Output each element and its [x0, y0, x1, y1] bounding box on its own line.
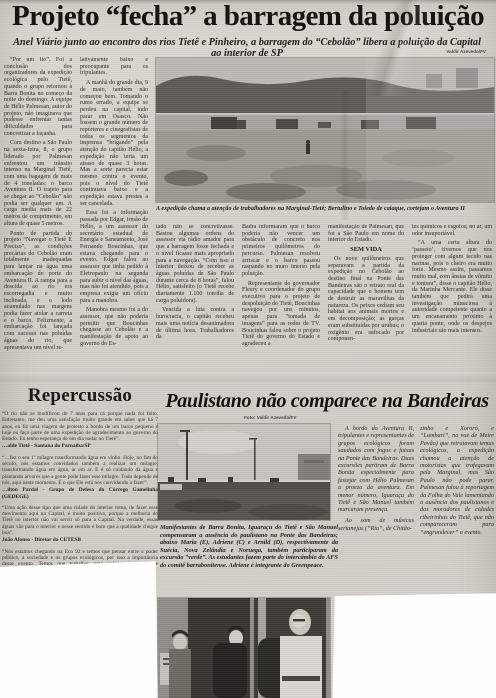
repercussao-heading: Repercussão — [0, 386, 160, 406]
quote-author: Delmar Matos - Secret. Munic. de Vias Pú… — [2, 575, 158, 581]
bandeiras-caption: Manifestantes de Barra Bonita, Iguaraçu … — [160, 524, 338, 570]
quote-block: “O rio não se modificou de 7 anos para c… — [2, 411, 158, 450]
main-photo-caption: A expedição chama a atenção de trabalhad… — [156, 205, 494, 213]
article-paragraph: Com destino a São Paulo na sexta-feira, … — [4, 140, 72, 227]
quote-block: “…fez o seu 1º milagre transformando águ… — [2, 455, 158, 500]
article-paragraph: Essa foi a informação passada por Edgar,… — [80, 210, 148, 304]
bandeiras-column-2: zinho e Xororó, e “Lambari”, na voz de M… — [420, 425, 494, 587]
article-column-2: lativamente baixo e preocupante para os … — [80, 57, 148, 389]
article-paragraph: Manobra mesmo foi a do assessor, que não… — [80, 307, 148, 347]
article-paragraph: lativamente baixo e preocupante para os … — [80, 57, 148, 77]
marginal-tiete-photo — [156, 58, 494, 202]
article-column-3: tado não se concretizasse. Bastou alguma… — [156, 224, 234, 390]
article-column-1: “Por um fio”. Foi a conclusão dos organi… — [4, 57, 72, 389]
photo-credit: Valdir Azevedo/FV — [446, 50, 486, 55]
bridge-scene-illustration — [158, 424, 330, 520]
riverbank-scene-illustration — [156, 58, 494, 202]
article-paragraph: A bordo do Aventura II, tripulantes e re… — [338, 425, 414, 514]
quote-text: “…fez o seu 1º milagre transformando águ… — [2, 455, 158, 486]
page-title: Projeto “fecha” a barragem da poluição — [0, 1, 496, 32]
article-paragraph: Os nove quilômetros que separavam a part… — [328, 256, 404, 343]
article-paragraph: manifestação de Palmesan, que foi a São … — [328, 224, 404, 244]
article-paragraph: Vencida a luta contra a burocracia, o ca… — [156, 307, 234, 341]
sem-vida-heading: SEM VIDA — [328, 247, 404, 254]
article-paragraph: tado não se concretizasse. Bastou alguma… — [156, 224, 234, 304]
quote-text: “O rio não se modificou de 7 anos para c… — [2, 411, 158, 442]
article-column-4: Badra informaram que o barco poderia não… — [242, 224, 320, 390]
article-paragraph: Badra informaram que o barco poderia não… — [242, 224, 320, 278]
students-photo — [158, 598, 330, 698]
students-illustration — [158, 598, 330, 698]
article-paragraph: A manhã do grande dia, 9 de maio, também… — [80, 80, 148, 207]
article-paragraph: Representante do governador Fleury e coo… — [242, 281, 320, 348]
article-paragraph: “Por um fio”. Foi a conclusão dos organi… — [4, 57, 72, 137]
quote-author: …alde Tietê - Santana do Parnaíba/SP — [2, 443, 158, 449]
newspaper-clipping: Projeto “fecha” a barragem da poluição A… — [0, 0, 496, 698]
bandeiras-photo-credit: Foto: Valdir Azevedo/FV — [244, 416, 296, 421]
quote-block: “Nós estamos chegando na Eco 92 e temos … — [2, 549, 158, 581]
article-paragraph: tes químicos e esgotos; no ar, um odor i… — [412, 224, 492, 237]
quote-block: “Uma ação desse tipo que uma cidade do i… — [2, 505, 158, 544]
article-paragraph: Ao som de músicas sertanejas (“Rio”, de … — [338, 517, 414, 532]
quote-author: …ilton Pardal - Grupo de Defesa do Córre… — [2, 487, 158, 500]
article-column-5: manifestação de Palmesan, que foi a São … — [328, 224, 404, 390]
bandeiras-headline: Paulistano não comparece na Bandeiras — [158, 391, 496, 412]
quote-author: João Afonso - Diretor da CETESB — [2, 537, 158, 543]
article-paragraph: “A uma certa altura do ‘passeio’, tivemo… — [412, 240, 492, 334]
quote-text: “Uma ação desse tipo que uma cidade do i… — [2, 505, 158, 536]
repercussao-section: Repercussão “O rio não se modificou de 7… — [0, 386, 160, 586]
article-paragraph: Ponto de partida do projeto “Navegar o T… — [4, 231, 72, 352]
ponte-das-bandeiras-photo — [158, 424, 330, 520]
article-column-6: tes químicos e esgotos; no ar, um odor i… — [412, 224, 492, 390]
quote-text: “Nós estamos chegando na Eco 92 e temos … — [2, 549, 158, 574]
bandeiras-column-1: A bordo do Aventura II, tripulantes e re… — [338, 425, 414, 587]
article-paragraph: zinho e Xororó, e “Lambari”, na voz de M… — [420, 425, 494, 536]
